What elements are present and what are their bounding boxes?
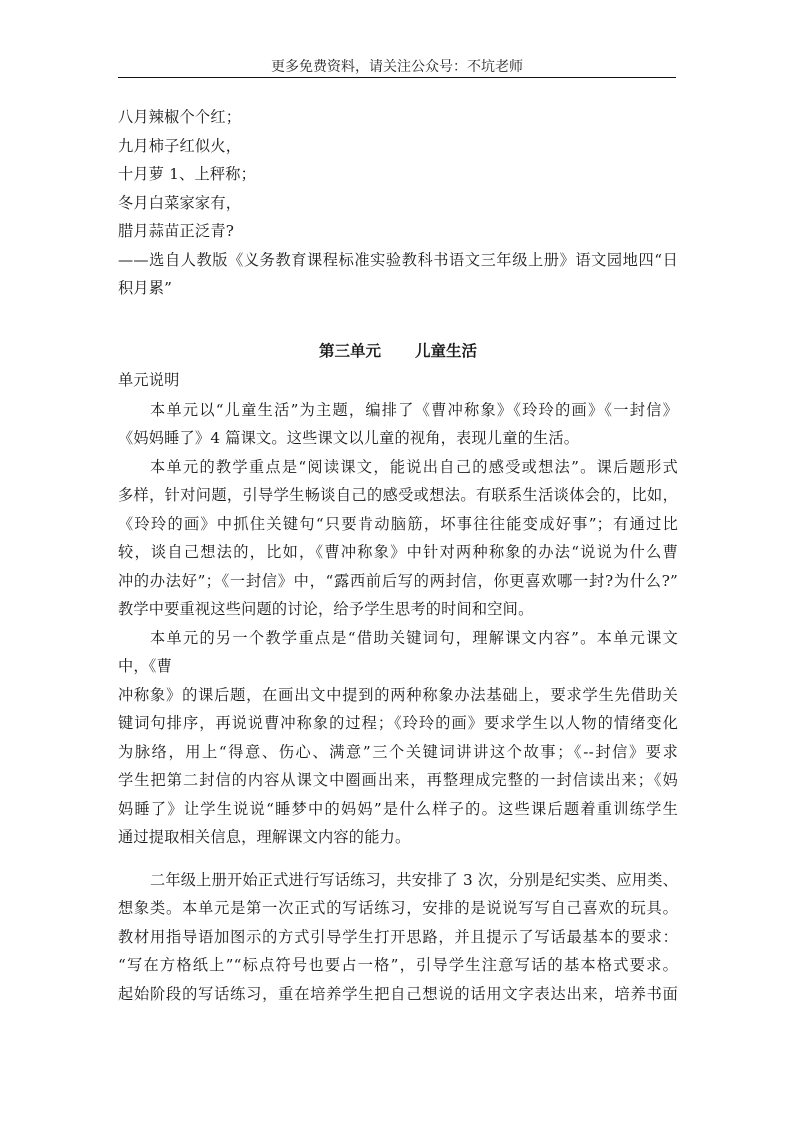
- poem-line: 九月柿子红似火，: [118, 136, 678, 156]
- paragraph-line: 《玲玲的画》中抓住关键句“只要肯动脑筋，坏事往往能变成好事”；有通过比: [118, 514, 678, 534]
- paragraph-line: 冲的办法好”；《一封信》中，“露西前后写的两封信，你更喜欢哪一封?为什么?”: [118, 571, 678, 591]
- paragraph-line: 为脉络，用上“得意、伤心、满意”三个关键词讲讲这个故事；《--封信》要求: [118, 742, 678, 762]
- poem-line: 十月萝 1、上秤称；: [118, 164, 678, 184]
- paragraph-line: 起始阶段的写话练习，重在培养学生把自己想说的话用文字表达出来，培养书面: [118, 984, 678, 1004]
- section-title-theme: 儿童生活: [415, 342, 477, 360]
- header-divider: [118, 77, 676, 78]
- section-title: 第三单元儿童生活: [118, 341, 678, 361]
- paragraph-line: 《妈妈睡了》4 篇课文。这些课文以儿童的视角，表现儿童的生活。: [118, 428, 678, 448]
- paragraph-line: 教材用指导语加图示的方式引导学生打开思路，并且提示了写话最基本的要求：: [118, 927, 678, 947]
- paragraph-line: 妈睡了》让学生说说“睡梦中的妈妈”是什么样子的。这些课后题着重训练学生: [118, 799, 678, 819]
- section-subheading: 单元说明: [118, 370, 678, 390]
- poem-source-cont: 积月累”: [118, 278, 678, 298]
- paragraph-line: “写在方格纸上”“标点符号也要占一格”，引导学生注意写话的基本格式要求。: [118, 955, 678, 975]
- paragraph-line: 本单元的另一个教学重点是“借助关键词句，理解课文内容”。本单元课文: [150, 628, 678, 648]
- paragraph-line: 较，谈自己想法的，比如，《曹冲称象》中针对两种称象的办法“说说为什么曹: [118, 542, 678, 562]
- paragraph-line: 二年级上册开始正式进行写话练习，共安排了 3 次，分别是纪实类、应用类、: [150, 870, 678, 890]
- paragraph-line: 通过提取相关信息，理解课文内容的能力。: [118, 827, 678, 847]
- paragraph-line: 键词句排序，再说说曹冲称象的过程；《玲玲的画》要求学生以人物的情绪变化: [118, 713, 678, 733]
- poem-line: 冬月白菜家家有，: [118, 193, 678, 213]
- poem-line: 八月辣椒个个红；: [118, 107, 678, 127]
- paragraph-line: 想象类。本单元是第一次正式的写话练习，安排的是说说写写自己喜欢的玩具。: [118, 898, 678, 918]
- paragraph-line: 多样，针对问题，引导学生畅谈自己的感受或想法。有联系生活谈体会的，比如，: [118, 485, 678, 505]
- header-text: 更多免费资料，请关注公众号：不坑老师: [118, 58, 676, 76]
- paragraph-line: 学生把第二封信的内容从课文中圈画出来，再整理成完整的一封信读出来；《妈: [118, 770, 678, 790]
- paragraph-line: 本单元的教学重点是“阅读课文，能说出自己的感受或想法”。课后题形式: [150, 457, 678, 477]
- paragraph-line: 教学中要重视这些问题的讨论，给予学生思考的时间和空间。: [118, 599, 678, 619]
- poem-source: ——选自人教版《义务教育课程标准实验教科书语文三年级上册》语文园地四“日: [118, 250, 678, 270]
- paragraph-line: 冲称象》的课后题，在画出文中提到的两种称象办法基础上，要求学生先借助关: [118, 685, 678, 705]
- paragraph-line: 本单元以“儿童生活”为主题，编排了《曹冲称象》《玲玲的画》《一封信》: [150, 400, 678, 420]
- paragraph-line: 中，《曹: [118, 656, 678, 676]
- poem-line: 腊月蒜苗正泛青?: [118, 221, 678, 241]
- section-title-unit: 第三单元: [319, 342, 381, 360]
